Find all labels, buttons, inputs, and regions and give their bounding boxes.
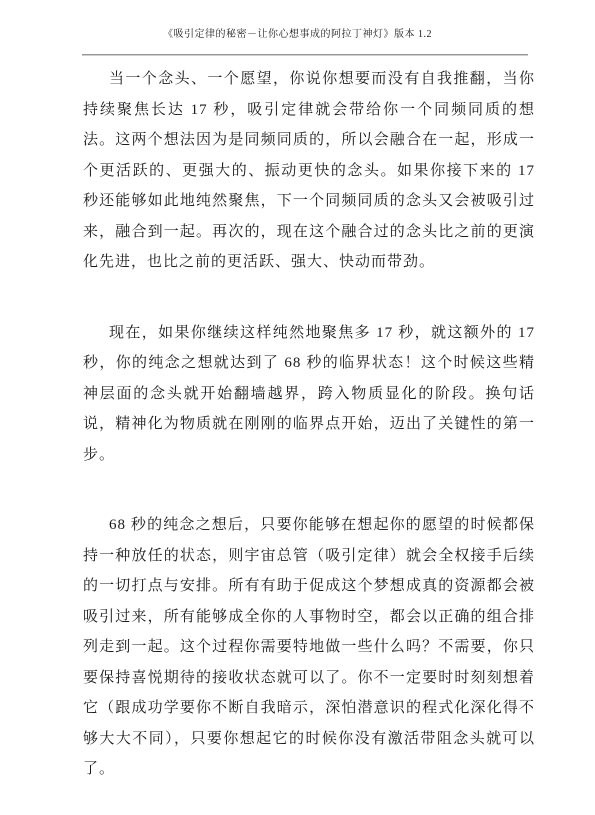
paragraph-2: 现在，如果你继续这样纯然地聚焦多 17 秒，就这额外的 17 秒，你的纯念之想就… [83, 318, 535, 471]
header-title: 《吸引定律的秘密－让你心想事成的阿拉丁神灯》版本 1.2 [0, 28, 595, 41]
header-rule-divider [82, 54, 528, 56]
page-header: 《吸引定律的秘密－让你心想事成的阿拉丁神灯》版本 1.2 [0, 0, 595, 56]
document-page: 《吸引定律的秘密－让你心想事成的阿拉丁神灯》版本 1.2 当一个念头、一个愿望，… [0, 0, 595, 815]
paragraph-3: 68 秒的纯念之想后，只要你能够在想起你的愿望的时候都保持一种放任的状态，则宇宙… [83, 510, 535, 785]
document-body: 当一个念头、一个愿望，你说你想要而没有自我推翻，当你持续聚焦长达 17 秒，吸引… [83, 64, 535, 785]
paragraph-1: 当一个念头、一个愿望，你说你想要而没有自我推翻，当你持续聚焦长达 17 秒，吸引… [83, 64, 535, 278]
